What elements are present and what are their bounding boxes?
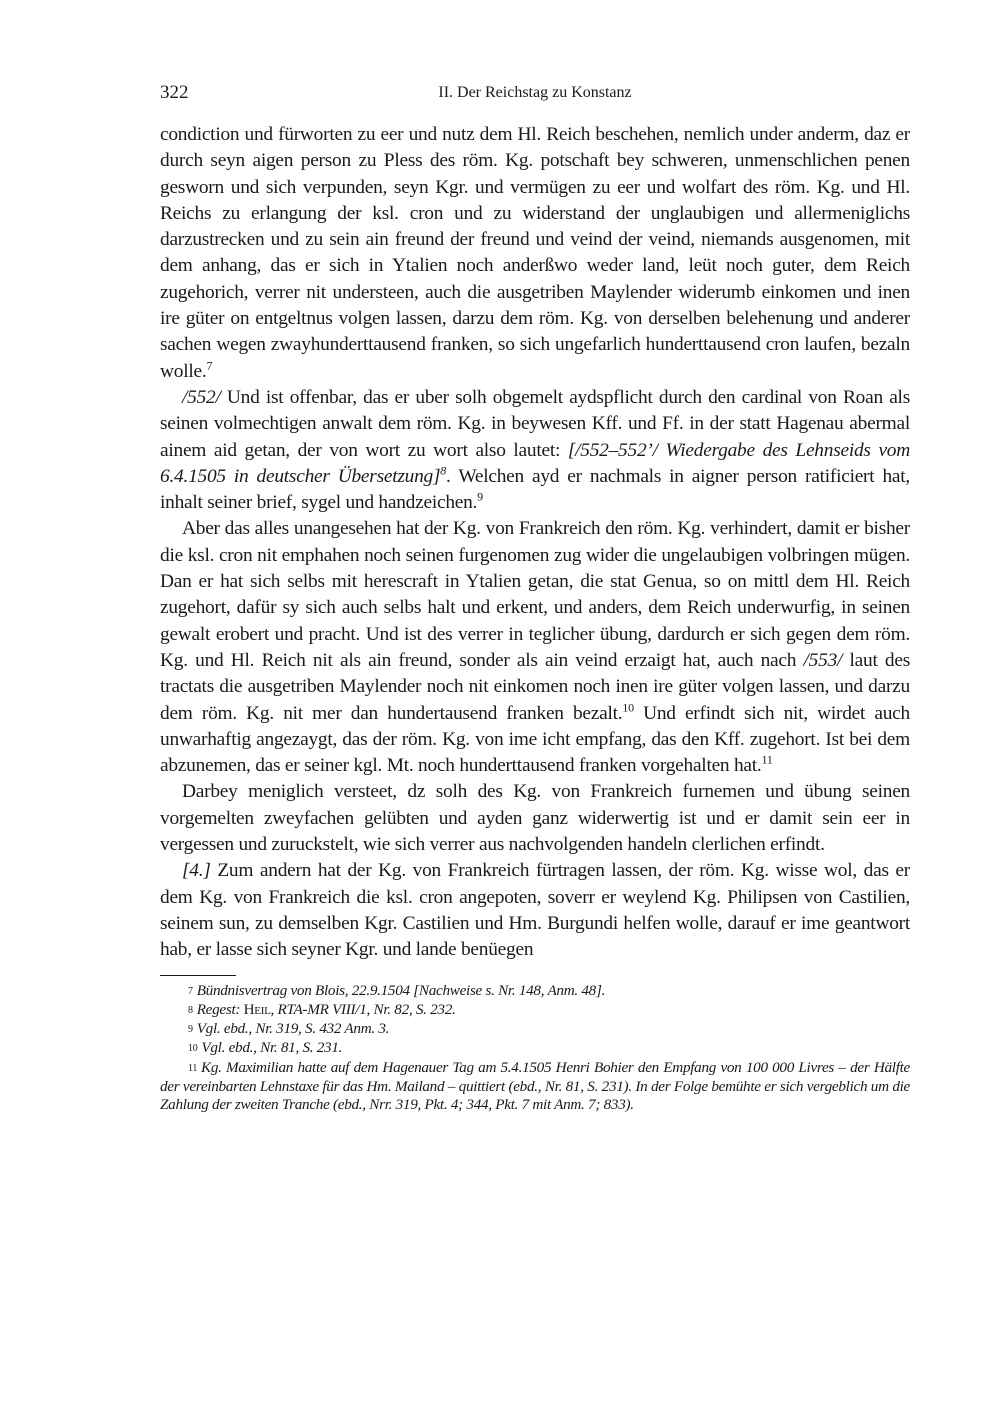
footnote-10: 10Vgl. ebd., Nr. 81, S. 231. — [160, 1039, 910, 1058]
footnote-number: 9 — [188, 1024, 193, 1035]
paragraph: condiction und fürworten zu eer und nutz… — [160, 122, 910, 385]
footnote-reference: 7 — [206, 358, 212, 372]
footnote-number: 7 — [188, 986, 193, 997]
footnote-11: 11Kg. Maximilian hatte auf dem Hagenauer… — [160, 1059, 910, 1115]
footnote-7: 7Bündnisvertrag von Blois, 22.9.1504 [Na… — [160, 982, 910, 1001]
footnote-reference: 8 — [440, 463, 446, 477]
footnote-reference: 11 — [762, 753, 773, 767]
footnote-number: 8 — [188, 1005, 193, 1016]
footnote-8: 8Regest: Heil, RTA-MR VIII/1, Nr. 82, S.… — [160, 1001, 910, 1020]
editorial-annotation: /553/ — [804, 650, 843, 671]
footnote-number: 10 — [188, 1043, 197, 1054]
footnote-9: 9Vgl. ebd., Nr. 319, S. 432 Anm. 3. — [160, 1020, 910, 1039]
main-text: condiction und fürworten zu eer und nutz… — [160, 122, 910, 964]
page-header: 322 II. Der Reichstag zu Konstanz — [160, 78, 910, 108]
author-name: Heil — [244, 1001, 271, 1018]
footnote-separator — [160, 975, 236, 976]
paragraph: /552/ Und ist offenbar, das er uber solh… — [160, 385, 910, 516]
editorial-annotation: [/552–552’/ Wiedergabe des Lehnseids vom… — [160, 440, 910, 487]
paragraph: Darbey meniglich versteet, dz solh des K… — [160, 779, 910, 858]
footnote-reference: 9 — [477, 490, 483, 504]
paragraph: [4.] Zum andern hat der Kg. von Frankrei… — [160, 858, 910, 963]
running-title: II. Der Reichstag zu Konstanz — [160, 78, 910, 108]
editorial-annotation: /552/ — [182, 387, 221, 408]
footnote-number: 11 — [188, 1063, 197, 1074]
footnote-reference: 10 — [622, 700, 634, 714]
paragraph: Aber das alles unangesehen hat der Kg. v… — [160, 516, 910, 779]
document-page: 322 II. Der Reichstag zu Konstanz condic… — [160, 78, 910, 1115]
footnotes: 7Bündnisvertrag von Blois, 22.9.1504 [Na… — [160, 982, 910, 1115]
editorial-annotation: [4.] — [182, 860, 211, 881]
